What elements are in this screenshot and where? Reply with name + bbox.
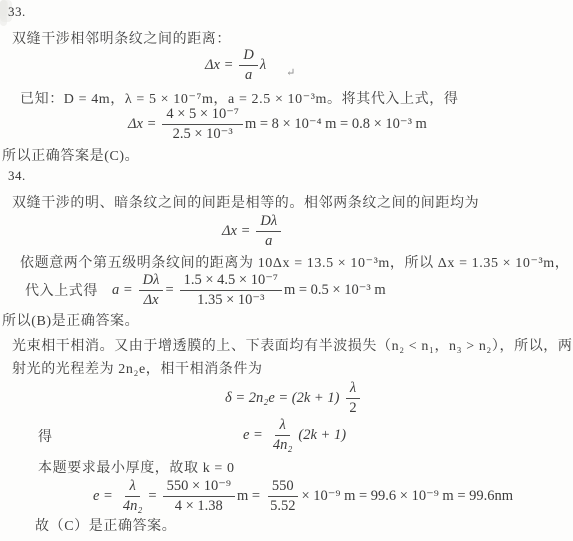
fraction: D a bbox=[239, 47, 257, 82]
fraction: λ 2 bbox=[345, 380, 360, 415]
fraction-numerator: 550 × 10⁻⁹ bbox=[163, 478, 235, 496]
formula-35-delta: δ = 2n₂e = (2k + 1) λ 2 bbox=[225, 380, 363, 416]
problem-35-conclusion: 故（C）是正确答案。 bbox=[35, 515, 176, 535]
fraction-denominator: 1.35 × 10⁻³ bbox=[193, 291, 268, 308]
fraction-numerator: λ bbox=[125, 478, 139, 496]
problem-35-line1: 光束相干相消。又由于增透膜的上、下表面均有半波损失（n₂ < n₁，n₃ > n… bbox=[12, 335, 573, 355]
fraction: Dλ Δx bbox=[139, 272, 164, 307]
formula-lhs: a = bbox=[112, 282, 133, 299]
formula-tail: × 10⁻⁹ m = 99.6 × 10⁻⁹ m = 99.6nm bbox=[301, 488, 513, 505]
formula-34-numeric: 代入上式得 a = Dλ Δx = 1.5 × 4.5 × 10⁻⁷ 1.35 … bbox=[25, 271, 390, 309]
fraction-denominator: 4n₂ bbox=[119, 497, 147, 514]
fraction: 1.5 × 4.5 × 10⁻⁷ 1.35 × 10⁻³ bbox=[180, 272, 282, 307]
formula-lhs: Δx = bbox=[222, 223, 250, 240]
problem-33-number: 33. bbox=[8, 4, 26, 20]
fraction-denominator: 2.5 × 10⁻³ bbox=[169, 125, 237, 142]
formula-35-thickness: e = λ 4n₂ (2k + 1) bbox=[243, 416, 350, 454]
fraction-numerator: 1.5 × 4.5 × 10⁻⁷ bbox=[180, 272, 282, 290]
problem-35-de-label: 得 bbox=[38, 426, 53, 446]
formula-tail: m = 0.5 × 10⁻³ m bbox=[284, 282, 386, 299]
formula-lhs: δ = 2n₂e = (2k + 1) bbox=[225, 390, 339, 407]
fraction: λ 4n₂ bbox=[119, 478, 147, 513]
fraction-numerator: 550 bbox=[268, 478, 298, 496]
fraction-numerator: Dλ bbox=[139, 272, 164, 290]
fraction-numerator: λ bbox=[346, 380, 360, 398]
formula-pre-text: 代入上式得 bbox=[25, 280, 98, 300]
problem-33-conclusion: 所以正确答案是(C)。 bbox=[2, 145, 139, 165]
formula-33-symbolic: Δx = D a λ ↵ bbox=[205, 47, 299, 83]
problem-34-conclusion: 所以(B)是正确答案。 bbox=[2, 310, 139, 330]
fraction-denominator: 4 × 1.38 bbox=[171, 497, 227, 514]
fraction-numerator: λ bbox=[275, 417, 289, 435]
scanned-solution-page: 33. 双缝干涉相邻明条纹之间的距离： Δx = D a λ ↵ 已知：D = … bbox=[0, 0, 573, 541]
paragraph-return-mark: ↵ bbox=[286, 66, 295, 79]
formula-33-numeric: Δx = 4 × 5 × 10⁻⁷ 2.5 × 10⁻³ m = 8 × 10⁻… bbox=[128, 105, 431, 143]
equals-sign: = bbox=[165, 282, 173, 299]
formula-lhs: Δx = bbox=[205, 57, 233, 74]
fraction-denominator: 2 bbox=[345, 399, 360, 416]
problem-34-intro: 双缝干涉的明、暗条纹之间的间距是相等的。相邻两条纹之间的间距均为 bbox=[12, 192, 479, 212]
problem-34-line2: 依题意两个第五级明条纹间的距离为 10Δx = 13.5 × 10⁻³m，所以 … bbox=[20, 252, 569, 272]
fraction-denominator: a bbox=[261, 232, 276, 249]
formula-mid: m = bbox=[237, 488, 260, 505]
fraction-numerator: Dλ bbox=[256, 213, 281, 231]
formula-lhs: Δx = bbox=[128, 116, 156, 133]
fraction: Dλ a bbox=[256, 213, 281, 248]
scan-artifact bbox=[0, 0, 7, 26]
fraction: 4 × 5 × 10⁻⁷ 2.5 × 10⁻³ bbox=[162, 106, 243, 141]
fraction-denominator: 5.52 bbox=[266, 497, 299, 514]
formula-lhs: e = bbox=[93, 488, 113, 505]
formula-34-symbolic: Δx = Dλ a bbox=[222, 213, 283, 249]
problem-35-line3: 本题要求最小厚度，故取 k = 0 bbox=[38, 457, 235, 477]
formula-lhs: e = bbox=[243, 427, 263, 444]
fraction: 550 × 10⁻⁹ 4 × 1.38 bbox=[163, 478, 235, 513]
fraction: 550 5.52 bbox=[266, 478, 299, 513]
fraction-denominator: 4n₂ bbox=[269, 436, 297, 453]
formula-tail: λ bbox=[260, 57, 266, 74]
problem-33-intro: 双缝干涉相邻明条纹之间的距离： bbox=[12, 28, 231, 48]
fraction-numerator: 4 × 5 × 10⁻⁷ bbox=[162, 106, 243, 124]
fraction: λ 4n₂ bbox=[269, 417, 297, 452]
formula-35-final: e = λ 4n₂ = 550 × 10⁻⁹ 4 × 1.38 m = 550 … bbox=[93, 477, 517, 515]
fraction-denominator: a bbox=[241, 66, 256, 83]
problem-34-number: 34. bbox=[8, 168, 26, 184]
fraction-denominator: Δx bbox=[140, 291, 163, 308]
equals-sign: = bbox=[148, 488, 156, 505]
problem-35-line2: 射光的光程差为 2n₂e，相干相消条件为 bbox=[12, 358, 263, 378]
formula-tail: m = 8 × 10⁻⁴ m = 0.8 × 10⁻³ m bbox=[245, 116, 427, 133]
formula-tail: (2k + 1) bbox=[298, 427, 346, 444]
fraction-numerator: D bbox=[239, 47, 257, 65]
